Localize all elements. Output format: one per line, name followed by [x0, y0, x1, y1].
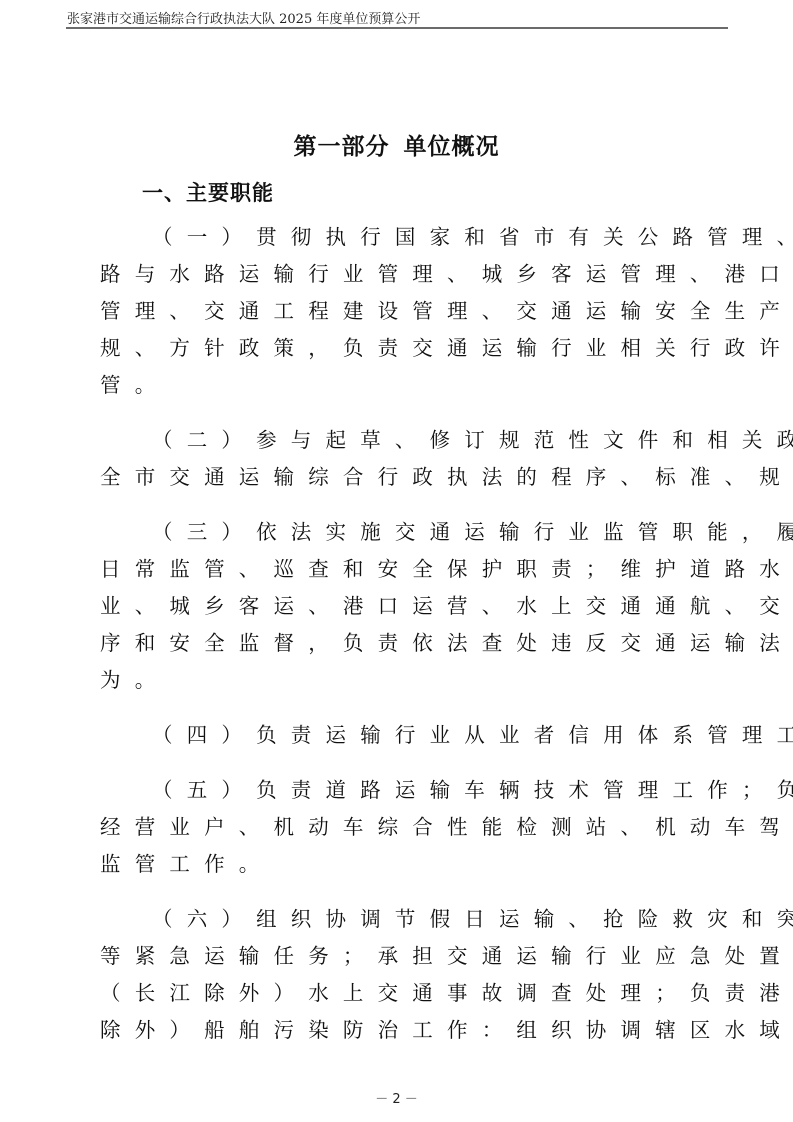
- title-part: 第一部分: [294, 134, 390, 160]
- text-line: 全市交通运输综合行政执法的程序、标准、规范并组织实施。: [100, 459, 700, 496]
- text-line: 为。: [100, 662, 700, 699]
- text-line: （六）组织协调节假日运输、抢险救灾和突发性公共事件: [100, 901, 700, 938]
- title-name: 单位概况: [404, 134, 500, 160]
- page-title: 第一部分单位概况: [0, 128, 793, 161]
- text-line: （一）贯彻执行国家和省市有关公路管理、航道管理、道: [100, 219, 700, 256]
- paragraph-2: （二）参与起草、修订规范性文件和相关政策；参与制定 全市交通运输综合行政执法的程…: [100, 422, 700, 496]
- text-line: 经营业户、机动车综合性能检测站、机动车驾驶员培训机构的: [100, 809, 700, 846]
- text-line: 规、方针政策，负责交通运输行业相关行政许可的事中事后监: [100, 330, 700, 367]
- paragraph-3: （三）依法实施交通运输行业监管职能，履行公路、航道 日常监管、巡查和安全保护职责…: [100, 514, 700, 699]
- section-heading: 一、主要职能: [142, 177, 274, 207]
- body-text: （一）贯彻执行国家和省市有关公路管理、航道管理、道 路与水路运输行业管理、城乡客…: [100, 219, 700, 1067]
- paragraph-5: （五）负责道路运输车辆技术管理工作；负责机动车维修 经营业户、机动车综合性能检测…: [100, 772, 700, 883]
- text-line: 除外）船舶污染防治工作：组织协调辖区水域遇险船舶的搜寻: [100, 1012, 700, 1049]
- text-line: （长江除外）水上交通事故调查处理；负责港口和内河（长江: [100, 975, 700, 1012]
- paragraph-4: （四）负责运输行业从业者信用体系管理工作。: [100, 717, 700, 754]
- running-header: 张家港市交通运输综合行政执法大队 2025 年度单位预算公开: [67, 8, 420, 27]
- text-line: 路与水路运输行业管理、城乡客运管理、港口管理、地方海事: [100, 256, 700, 293]
- text-line: 序和安全监督，负责依法查处违反交通运输法律法规规章的行: [100, 625, 700, 662]
- text-line: （三）依法实施交通运输行业监管职能，履行公路、航道: [100, 514, 700, 551]
- text-line: 管理、交通工程建设管理、交通运输安全生产等方面的法律法: [100, 293, 700, 330]
- paragraph-6: （六）组织协调节假日运输、抢险救灾和突发性公共事件 等紧急运输任务；承担交通运输…: [100, 901, 700, 1049]
- header-rule: [66, 27, 728, 29]
- text-line: （二）参与起草、修订规范性文件和相关政策；参与制定: [100, 422, 700, 459]
- text-line: 业、城乡客运、港口运营、水上交通通航、交通建设市场的秩: [100, 588, 700, 625]
- text-line: 管。: [100, 367, 700, 404]
- text-line: 等紧急运输任务；承担交通运输行业应急处置工作；负责内河: [100, 938, 700, 975]
- text-line: （四）负责运输行业从业者信用体系管理工作。: [100, 717, 700, 754]
- paragraph-1: （一）贯彻执行国家和省市有关公路管理、航道管理、道 路与水路运输行业管理、城乡客…: [100, 219, 700, 404]
- text-line: 日常监管、巡查和安全保护职责；维护道路水路运输及其辅助: [100, 551, 700, 588]
- text-line: （五）负责道路运输车辆技术管理工作；负责机动车维修: [100, 772, 700, 809]
- text-line: 监管工作。: [100, 846, 700, 883]
- page-number: － 2 －: [0, 1088, 793, 1107]
